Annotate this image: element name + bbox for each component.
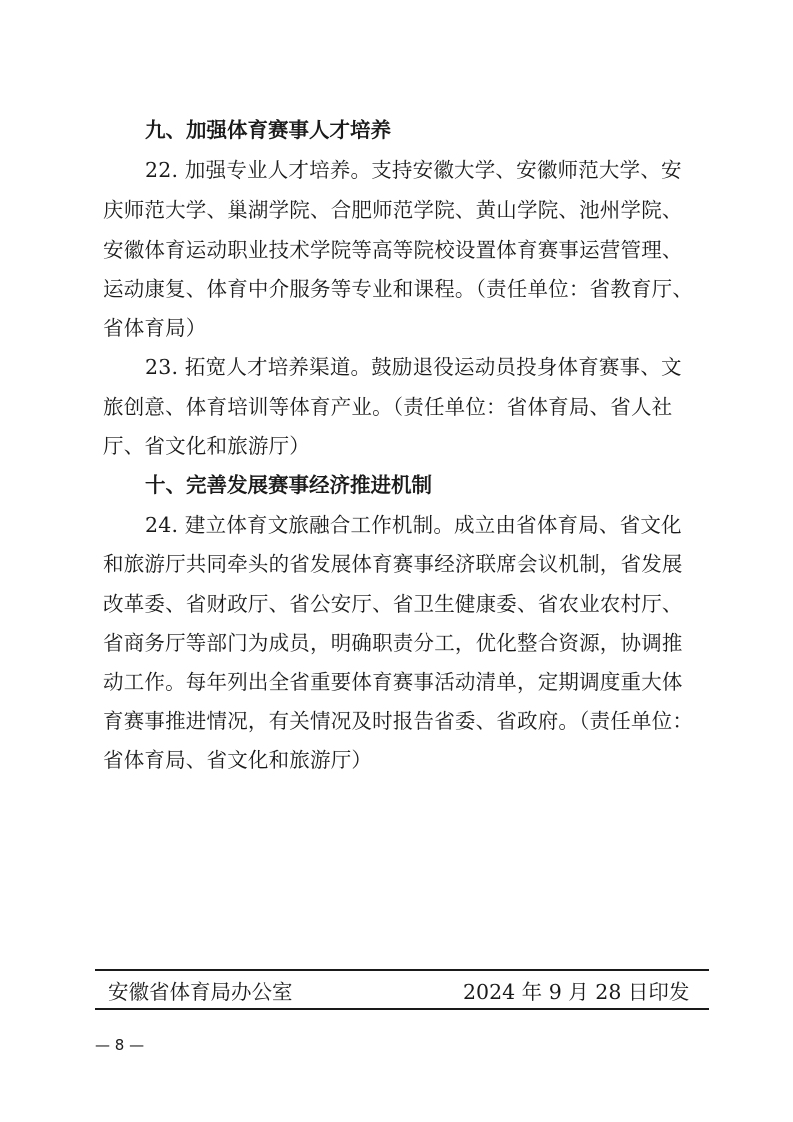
item-23-line-2: 旅创意、体育培训等体育产业。（责任单位：省体育局、省人社 (103, 387, 693, 427)
item-24-line-1: 24. 建立体育文旅融合工作机制。成立由省体育局、省文化 (145, 505, 693, 545)
section-heading-9: 九、加强体育赛事人才培养 (145, 110, 391, 150)
item-22-line-2: 庆师范大学、巢湖学院、合肥师范学院、黄山学院、池州学院、 (103, 190, 693, 230)
page-number: — 8 — (95, 1034, 144, 1056)
item-23-line-3: 厅、省文化和旅游厅） (103, 426, 693, 466)
issuer-name: 安徽省体育局办公室 (108, 977, 293, 1007)
item-24-line-3: 改革委、省财政厅、省公安厅、省卫生健康委、省农业农村厅、 (103, 584, 693, 624)
item-22-line-3: 安徽体育运动职业技术学院等高等院校设置体育赛事运营管理、 (103, 230, 693, 270)
item-22-line-1: 22. 加强专业人才培养。支持安徽大学、安徽师范大学、安 (145, 150, 693, 190)
item-22-line-4: 运动康复、体育中介服务等专业和课程。（责任单位：省教育厅、 (103, 269, 693, 309)
footer-top-rule (95, 969, 709, 971)
document-page: 九、加强体育赛事人才培养 22. 加强专业人才培养。支持安徽大学、安徽师范大学、… (0, 0, 793, 1122)
item-24-line-6: 育赛事推进情况，有关情况及时报告省委、省政府。（责任单位： (103, 701, 693, 741)
item-24-line-5: 动工作。每年列出全省重要体育赛事活动清单，定期调度重大体 (103, 662, 693, 702)
item-24-line-7: 省体育局、省文化和旅游厅） (103, 740, 693, 780)
item-24-line-4: 省商务厅等部门为成员，明确职责分工，优化整合资源，协调推 (103, 623, 693, 663)
item-22-line-5: 省体育局） (103, 308, 693, 348)
issue-date: 2024 年 9 月 28 日印发 (463, 977, 689, 1007)
item-23-line-1: 23. 拓宽人才培养渠道。鼓励退役运动员投身体育赛事、文 (145, 347, 693, 387)
footer-bottom-rule (95, 1008, 709, 1010)
item-24-line-2: 和旅游厅共同牵头的省发展体育赛事经济联席会议机制，省发展 (103, 544, 693, 584)
section-heading-10: 十、完善发展赛事经济推进机制 (145, 465, 432, 505)
